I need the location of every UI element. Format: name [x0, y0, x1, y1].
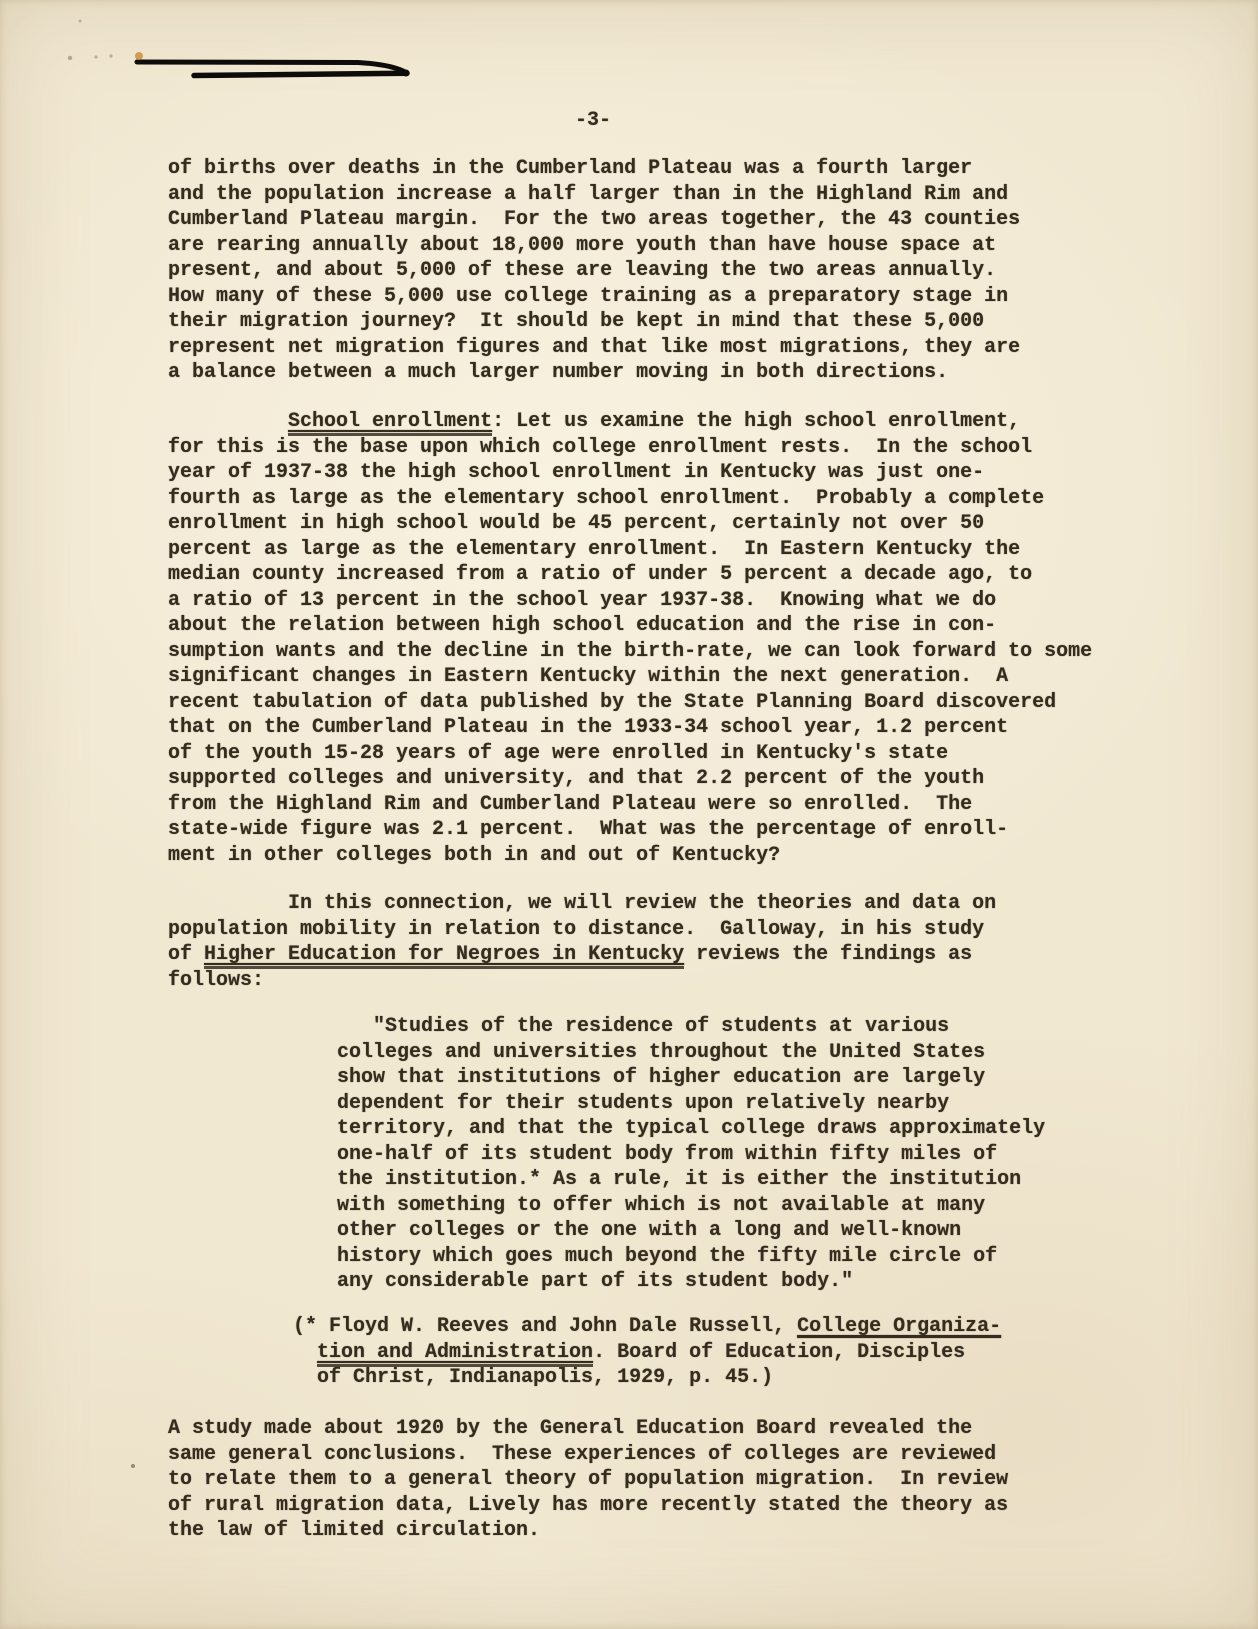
- blockquote-studies-residence: "Studies of the residence of students at…: [337, 1014, 1077, 1295]
- footnote-citation: (* Floyd W. Reeves and John Dale Russell…: [293, 1314, 1053, 1391]
- underlined-title-higher-education: Higher Education for Negroes in Kentucky: [204, 943, 684, 966]
- paragraph-school-enrollment: School enrollment: Let us examine the hi…: [168, 409, 1128, 868]
- underlined-title-college-organization-part2: tion and Administration: [317, 1341, 593, 1364]
- document-page: -3- of births over deaths in the Cumberl…: [0, 0, 1258, 1629]
- pen-mark: [0, 0, 460, 100]
- paragraph-births-deaths: of births over deaths in the Cumberland …: [168, 156, 1128, 386]
- paragraph-body: : Let us examine the high school enrollm…: [168, 410, 1092, 867]
- ink-stain: [135, 52, 143, 60]
- underlined-phrase-school-enrollment: School enrollment: [288, 410, 492, 433]
- paragraph-general-education-board: A study made about 1920 by the General E…: [168, 1416, 1128, 1544]
- indent: [168, 410, 288, 433]
- margin-speck: [131, 1464, 135, 1468]
- underlined-title-college-organization-part1: College Organiza-: [797, 1315, 1001, 1338]
- footnote-body: (* Floyd W. Reeves and John Dale Russell…: [293, 1315, 797, 1338]
- footnote-body: [293, 1341, 317, 1364]
- page-number: -3-: [575, 108, 611, 134]
- paragraph-galloway-study: In this connection, we will review the t…: [168, 891, 1128, 993]
